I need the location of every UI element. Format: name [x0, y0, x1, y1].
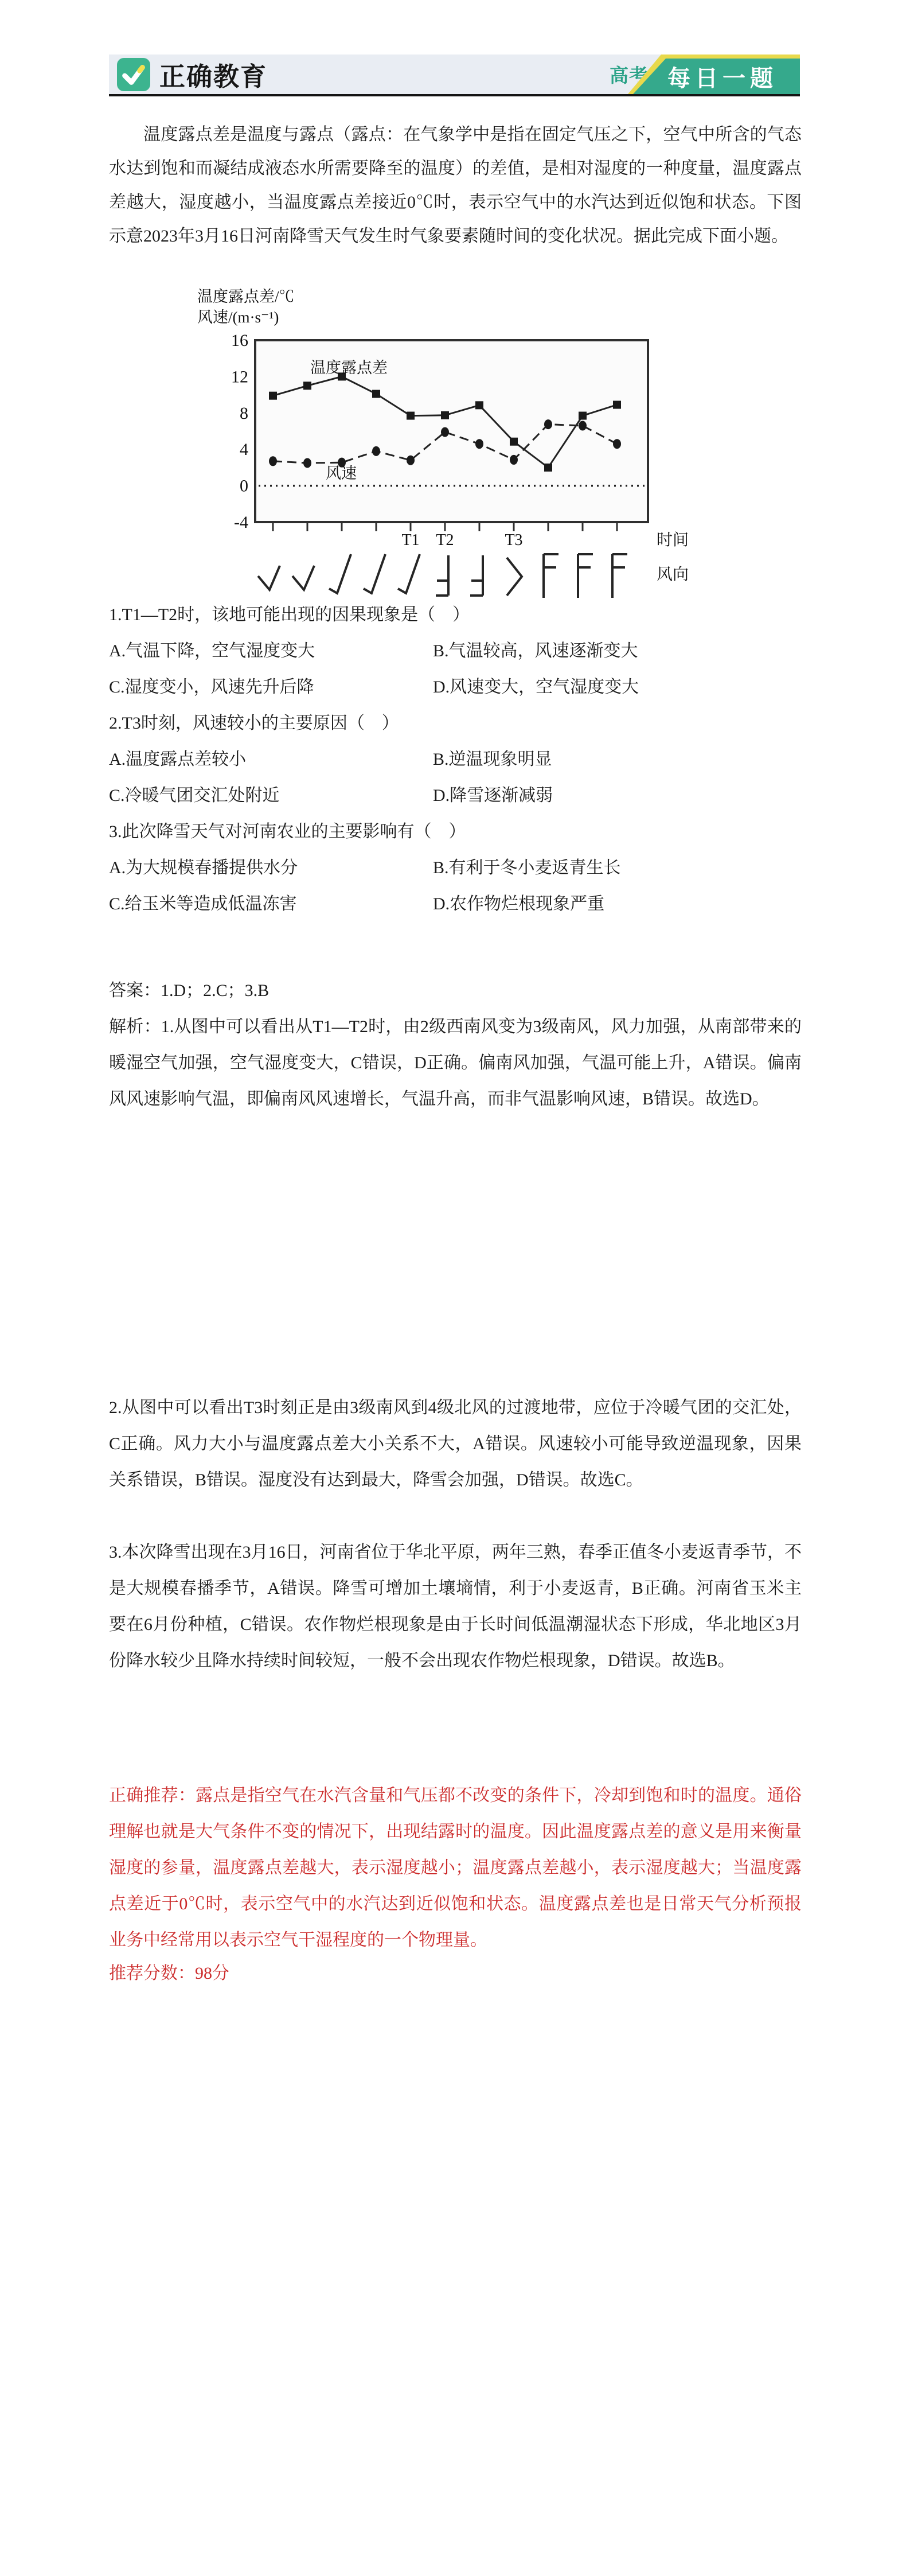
svg-text:风速: 风速	[326, 465, 357, 482]
svg-text:风向: 风向	[657, 565, 689, 583]
recommendation-paragraph: 正确推荐：露点是指空气在水汽含量和气压都不改变的条件下，冷却到饱和时的温度。通俗…	[109, 1777, 802, 1958]
worksheet-page: 正确教育 高考倒计时100天 每日一题 温度露点差是温度与露点（露点：在气象学中…	[0, 0, 910, 2576]
question-3-stem: 3.此次降雪天气对河南农业的主要影响有（ ）	[109, 814, 802, 850]
weather-elements-chart: 温度露点差/℃风速/(m·s⁻¹)1612840-4T1T2T3时间风向温度露点…	[189, 286, 717, 604]
question-3: 3.此次降雪天气对河南农业的主要影响有（ ） A.为大规模春播提供水分 B.有利…	[109, 814, 802, 922]
question-1-stem: 1.T1—T2时，该地可能出现的因果现象是（ ）	[109, 597, 802, 633]
option-2b: B.逆温现象明显	[433, 741, 802, 777]
question-2-stem: 2.T3时刻，风速较小的主要原因（ ）	[109, 705, 802, 741]
question-2-options: A.温度露点差较小 B.逆温现象明显 C.冷暖气团交汇处附近 D.降雪逐渐减弱	[109, 741, 802, 814]
option-2d: D.降雪逐渐减弱	[433, 777, 802, 814]
svg-text:12: 12	[231, 367, 248, 386]
svg-text:温度露点差: 温度露点差	[310, 359, 388, 376]
answer-line: 答案：1.D；2.C；3.B	[109, 972, 802, 1009]
recommend-score-line: 推荐分数：98分	[109, 1955, 802, 1991]
svg-text:16: 16	[231, 331, 248, 350]
option-3b: B.有利于冬小麦返青生长	[433, 850, 802, 886]
svg-text:-4: -4	[234, 513, 248, 532]
analysis-paragraph-3: 3.本次降雪出现在3月16日，河南省位于华北平原，两年三熟，春季正值冬小麦返青季…	[109, 1534, 802, 1679]
option-1c: C.湿度变小，风速先升后降	[109, 669, 433, 705]
question-1: 1.T1—T2时，该地可能出现的因果现象是（ ） A.气温下降，空气湿度变大 B…	[109, 597, 802, 705]
intro-paragraph: 温度露点差是温度与露点（露点：在气象学中是指在固定气压之下，空气中所含的气态水达…	[109, 118, 802, 253]
svg-text:风速/(m·s⁻¹): 风速/(m·s⁻¹)	[197, 309, 279, 326]
question-1-options: A.气温下降，空气湿度变大 B.气温较高，风速逐渐变大 C.湿度变小，风速先升后…	[109, 633, 802, 705]
svg-text:4: 4	[240, 440, 248, 459]
badge-label: 每日一题	[650, 60, 778, 93]
option-3d: D.农作物烂根现象严重	[433, 886, 802, 922]
svg-text:T3: T3	[505, 531, 522, 549]
option-3a: A.为大规模春播提供水分	[109, 850, 433, 886]
analysis-paragraph-2: 2.从图中可以看出T3时刻正是由3级南风到4级北风的过渡地带，应位于冷暖气团的交…	[109, 1390, 802, 1498]
option-3c: C.给玉米等造成低温冻害	[109, 886, 433, 922]
option-2c: C.冷暖气团交汇处附近	[109, 777, 433, 814]
option-1d: D.风速变大，空气湿度变大	[433, 669, 802, 705]
brand-check-icon	[117, 58, 150, 91]
analysis-paragraph-1: 解析：1.从图中可以看出从T1—T2时，由2级西南风变为3级南风，风力加强，从南…	[109, 1009, 802, 1117]
svg-text:8: 8	[240, 404, 248, 423]
daily-question-badge-face: 每日一题	[628, 59, 800, 94]
svg-text:T2: T2	[436, 531, 454, 549]
chart-canvas: 温度露点差/℃风速/(m·s⁻¹)1612840-4T1T2T3时间风向温度露点…	[189, 286, 717, 604]
brand-title: 正确教育	[159, 56, 267, 93]
svg-text:0: 0	[240, 477, 248, 496]
question-3-options: A.为大规模春播提供水分 B.有利于冬小麦返青生长 C.给玉米等造成低温冻害 D…	[109, 850, 802, 922]
question-2: 2.T3时刻，风速较小的主要原因（ ） A.温度露点差较小 B.逆温现象明显 C…	[109, 705, 802, 814]
header-bar: 正确教育 高考倒计时100天 每日一题	[109, 55, 800, 96]
svg-text:时间: 时间	[657, 531, 689, 549]
option-1b: B.气温较高，风速逐渐变大	[433, 633, 802, 669]
svg-text:T1: T1	[401, 531, 419, 549]
option-2a: A.温度露点差较小	[109, 741, 433, 777]
svg-text:温度露点差/℃: 温度露点差/℃	[197, 288, 295, 305]
option-1a: A.气温下降，空气湿度变大	[109, 633, 433, 669]
questions-section: 1.T1—T2时，该地可能出现的因果现象是（ ） A.气温下降，空气湿度变大 B…	[109, 597, 802, 922]
